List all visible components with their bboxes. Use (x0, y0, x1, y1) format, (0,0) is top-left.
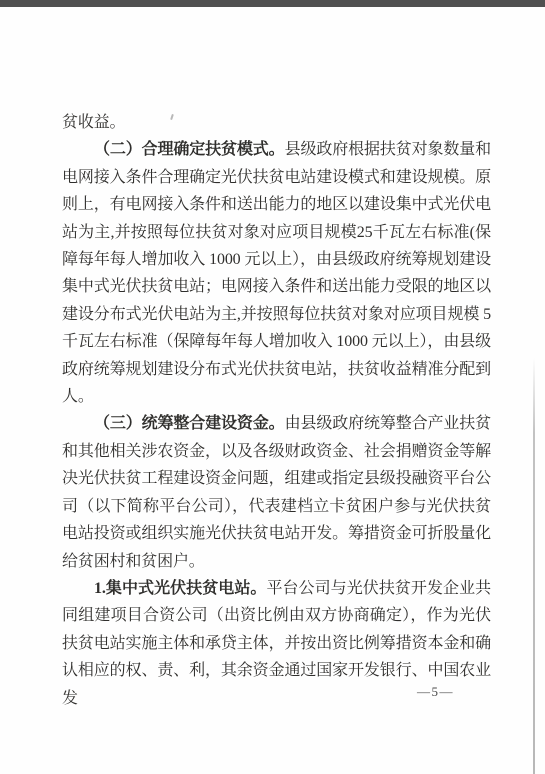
paragraph-text: 贫收益。 (62, 114, 125, 131)
section-heading-2: （二）合理确定扶贫模式。 (94, 141, 285, 158)
paragraph-text: 县级政府根据扶贫对象数量和电网接入条件合理确定光伏扶贫电站建设模式和建设规模。原… (62, 141, 491, 405)
paragraph-section-3: （三）统筹整合建设资金。由县级政府统筹整合产业扶贫和其他相关涉农资金，以及各级财… (62, 410, 491, 574)
scan-top-edge (0, 0, 545, 7)
paragraph-continuation: 贫收益。 (62, 109, 491, 136)
document-page: 贫收益。 （二）合理确定扶贫模式。县级政府根据扶贫对象数量和电网接入条件合理确定… (0, 7, 545, 774)
item-heading-1: 1.集中式光伏扶贫电站。 (94, 580, 266, 597)
page-number: —5— (417, 684, 454, 700)
document-body-text: 贫收益。 （二）合理确定扶贫模式。县级政府根据扶贫对象数量和电网接入条件合理确定… (62, 109, 491, 712)
scan-right-edge (533, 358, 535, 774)
paragraph-section-2: （二）合理确定扶贫模式。县级政府根据扶贫对象数量和电网接入条件合理确定光伏扶贫电… (62, 136, 491, 410)
section-heading-3: （三）统筹整合建设资金。 (94, 415, 285, 432)
paragraph-text: 由县级政府统筹整合产业扶贫和其他相关涉农资金，以及各级财政资金、社会捐赠资金等解… (62, 415, 491, 569)
